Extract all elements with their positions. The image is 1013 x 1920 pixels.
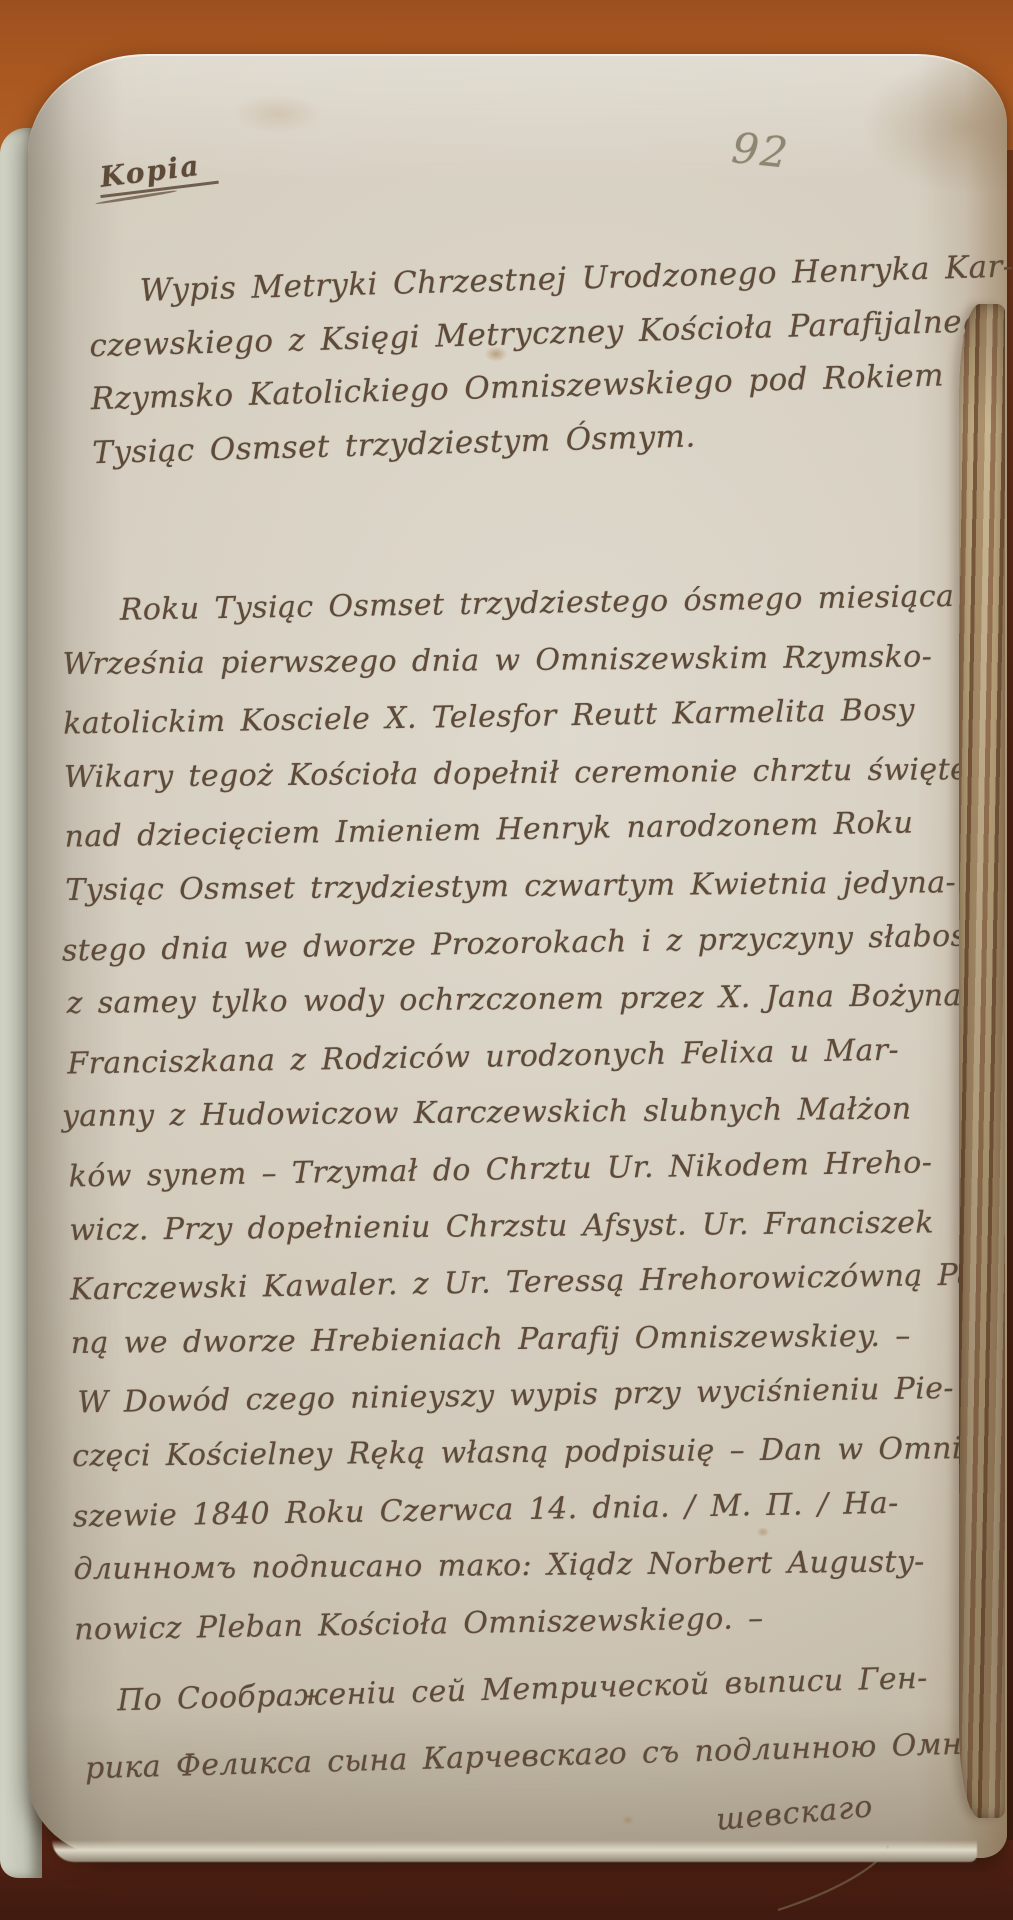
document-page: Kopia 92 Wypis Metryki Chrzestnej Urodzo… [28,54,1007,1858]
attestation-carryover-word: шевскаго [715,1789,875,1838]
photo-of-manuscript: Kopia 92 Wypis Metryki Chrzestnej Urodzo… [0,0,1013,1920]
body-paragraph: Roku Tysiąc Osmset trzydziestego ósmego … [61,570,984,1656]
russian-attestation-paragraph: По Соображеніи сей Метрической выписи Ге… [82,1644,965,1803]
header-paragraph: Wypis Metryki Chrzestnej Urodzonego Henr… [87,242,973,480]
copy-heading: Kopia [96,147,218,198]
worn-page-edges [959,304,1005,1818]
pen-flourish [770,1842,920,1917]
handwriting-line: Roku Tysiąc Osmset trzydziestego ósmego … [119,569,972,640]
page-number: 92 [730,123,792,178]
